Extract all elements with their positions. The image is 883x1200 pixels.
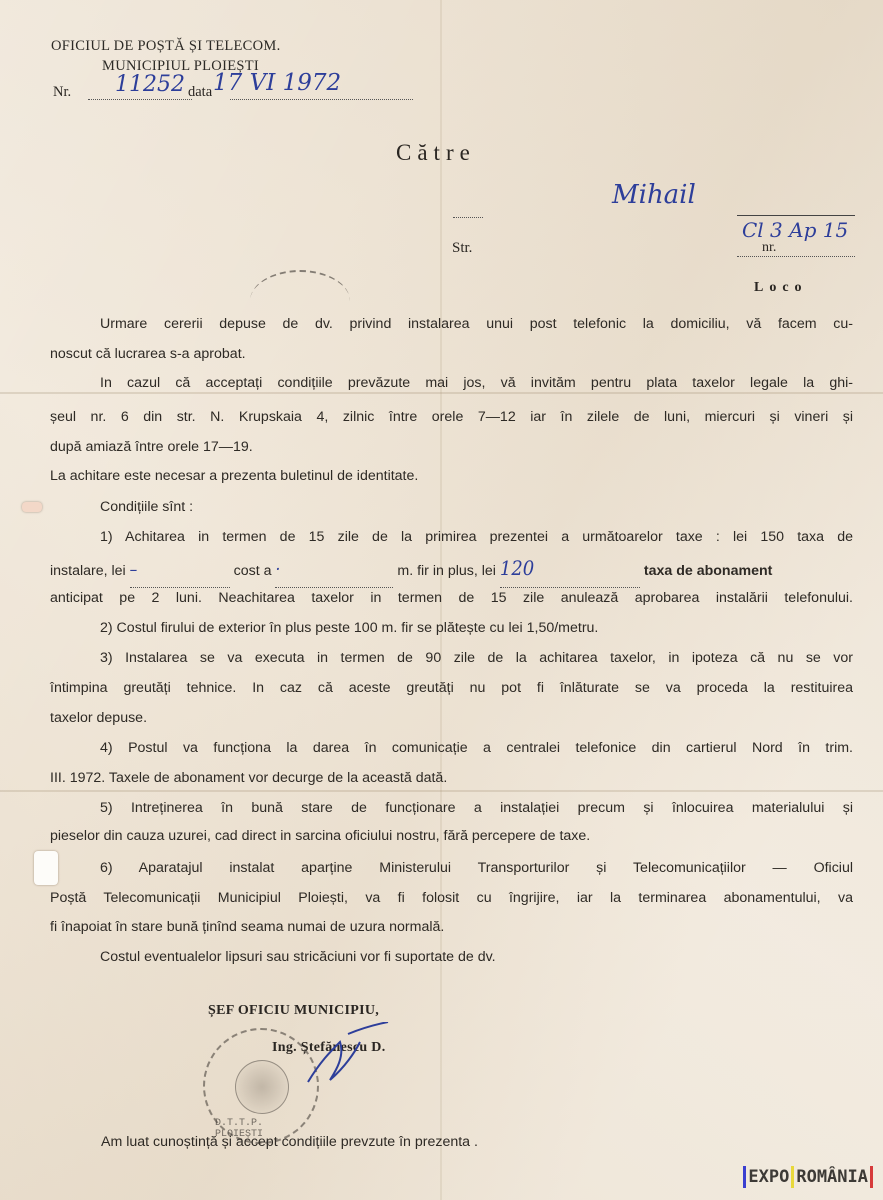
date-label: data	[188, 84, 212, 101]
condition-4-l2: III. 1972. Taxele de abonament vor decur…	[50, 764, 853, 794]
condition-5-l2: pieselor din cauza uzurei, cad direct in…	[50, 822, 853, 852]
locality: Loco	[754, 280, 808, 296]
nr-value: 11252	[115, 72, 185, 97]
paragraph-payment-l2: șeul nr. 6 din str. N. Krupskaia 4, ziln…	[50, 403, 853, 433]
condition-6-l2: Poștă Telecomunicații Municipiul Ploieșt…	[50, 884, 853, 914]
cond1-text-a: instalare, lei	[50, 563, 126, 579]
condition-5-l1: 5) Intreținerea în bună stare de funcțio…	[50, 794, 853, 824]
install-cost-blank: –	[130, 556, 230, 588]
condition-3-l2: întimpina greutăți tehnice. In caz că ac…	[50, 674, 853, 704]
expo-romania-watermark: EXPO ROMÂNIA	[741, 1166, 875, 1188]
flag-red-bar	[870, 1166, 873, 1188]
nr-line	[88, 99, 192, 100]
watermark-expo: EXPO	[748, 1167, 789, 1187]
nr-label: Nr.	[53, 84, 71, 101]
condition-3-l1: 3) Instalarea se va executa in termen de…	[50, 644, 853, 674]
condition-1-l2: instalare, lei – cost a · m. fir in plus…	[50, 554, 853, 588]
condition-3-l3: taxelor depuse.	[50, 704, 853, 734]
signatory-title: ȘEF OFICIU MUNICIPIU,	[208, 1003, 379, 1019]
flag-yellow-bar	[791, 1166, 794, 1188]
flag-blue-bar	[743, 1166, 746, 1188]
cond1-text-b: cost a	[234, 563, 272, 579]
paragraph-intro: Urmare cererii depuse de dv. privind ins…	[50, 310, 853, 340]
paragraph-intro-end: noscut că lucrarea s-a aprobat.	[50, 340, 853, 370]
cond1-text-d: taxa de abonament	[644, 563, 773, 579]
address-line	[737, 256, 855, 257]
conditions-intro: Condițiile sînt :	[50, 493, 853, 523]
paragraph-payment-l1: In cazul că acceptați condițiile prevăzu…	[50, 369, 853, 399]
subscription-fee-blank: 120	[500, 554, 640, 588]
paper-hole	[34, 851, 58, 885]
condition-6-l3: fi înapoiat în stare bună ținînd seama n…	[50, 913, 853, 943]
paragraph-id: La achitare este necesar a prezenta bule…	[50, 462, 853, 492]
paper-tear	[22, 502, 42, 512]
acceptance-statement: Am luat cunoștință și accept condițiile …	[101, 1134, 478, 1150]
condition-2: 2) Costul firului de exterior în plus pe…	[50, 614, 853, 644]
handwritten-signature	[300, 1022, 390, 1092]
date-line	[230, 99, 413, 100]
condition-4-l1: 4) Postul va funcționa la darea în comun…	[50, 734, 853, 764]
name-line	[453, 217, 483, 218]
date-value: 17 VI 1972	[213, 70, 341, 96]
recipient-heading: Către	[396, 140, 476, 166]
nr-address-label: nr.	[762, 240, 776, 256]
paragraph-payment-l3: după amiază între orele 17—19.	[50, 433, 853, 463]
closing-note: Costul eventualelor lipsuri sau stricăci…	[50, 943, 853, 973]
wire-length-blank: ·	[275, 556, 393, 588]
condition-1-l1: 1) Achitarea in termen de 15 zile de la …	[50, 523, 853, 553]
name-line-right	[737, 215, 855, 216]
recipient-name: Mihail	[612, 180, 696, 210]
stamp-emblem	[235, 1060, 289, 1114]
office-name: OFICIUL DE POȘTĂ ȘI TELECOM.	[51, 38, 281, 55]
condition-1-l3: anticipat pe 2 luni. Neachitarea taxelor…	[50, 584, 853, 614]
street-label: Str.	[452, 240, 472, 257]
watermark-romania: ROMÂNIA	[796, 1167, 868, 1187]
address-value: Cl 3 Ap 15	[742, 218, 848, 242]
condition-6-l1: 6) Aparatajul instalat aparține Minister…	[50, 854, 853, 884]
cond1-text-c: m. fir in plus, lei	[397, 563, 496, 579]
